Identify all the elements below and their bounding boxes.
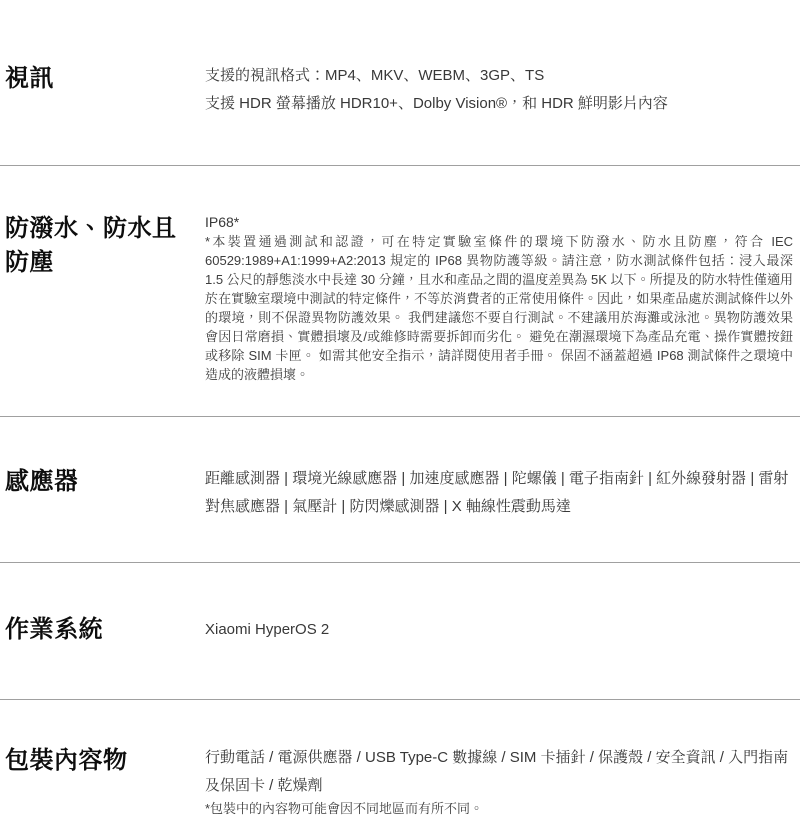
spec-label-os: 作業系統 xyxy=(0,613,205,699)
spec-label-sensors: 感應器 xyxy=(0,465,205,562)
spec-sheet: 視訊 支援的視訊格式：MP4、MKV、WEBM、3GP、TS 支援 HDR 螢幕… xyxy=(0,0,800,819)
package-contents-list: 行動電話 / 電源供應器 / USB Type-C 數據線 / SIM 卡插針 … xyxy=(205,744,793,800)
spec-label-water-resistance: 防潑水、防水且防塵 xyxy=(0,212,205,416)
package-contents-footnote: *包裝中的內容物可能會因不同地區而有所不同。 xyxy=(205,800,793,818)
spec-row-sensors: 感應器 距離感測器 | 環境光線感應器 | 加速度感應器 | 陀螺儀 | 電子指… xyxy=(0,417,800,563)
spec-value-os: Xiaomi HyperOS 2 xyxy=(205,613,793,699)
spec-value-video: 支援的視訊格式：MP4、MKV、WEBM、3GP、TS 支援 HDR 螢幕播放 … xyxy=(205,62,793,165)
spec-label-package-contents: 包裝內容物 xyxy=(0,744,205,819)
spec-value-package-contents: 行動電話 / 電源供應器 / USB Type-C 數據線 / SIM 卡插針 … xyxy=(205,744,793,819)
spec-row-os: 作業系統 Xiaomi HyperOS 2 xyxy=(0,563,800,700)
os-name: Xiaomi HyperOS 2 xyxy=(205,613,793,647)
ip-rating-disclaimer: *本裝置通過測試和認證，可在特定實驗室條件的環境下防潑水、防水且防塵，符合 IE… xyxy=(205,232,793,384)
spec-row-water-resistance: 防潑水、防水且防塵 IP68* *本裝置通過測試和認證，可在特定實驗室條件的環境… xyxy=(0,166,800,417)
spec-value-water-resistance: IP68* *本裝置通過測試和認證，可在特定實驗室條件的環境下防潑水、防水且防塵… xyxy=(205,212,793,416)
ip-rating: IP68* xyxy=(205,212,793,232)
spec-label-video: 視訊 xyxy=(0,62,205,165)
video-hdr-line: 支援 HDR 螢幕播放 HDR10+、Dolby Vision®，和 HDR 鮮… xyxy=(205,90,793,118)
sensors-list: 距離感測器 | 環境光線感應器 | 加速度感應器 | 陀螺儀 | 電子指南針 |… xyxy=(205,465,793,521)
spec-row-package-contents: 包裝內容物 行動電話 / 電源供應器 / USB Type-C 數據線 / SI… xyxy=(0,700,800,819)
video-formats-line: 支援的視訊格式：MP4、MKV、WEBM、3GP、TS xyxy=(205,62,793,90)
spec-row-video: 視訊 支援的視訊格式：MP4、MKV、WEBM、3GP、TS 支援 HDR 螢幕… xyxy=(0,0,800,166)
spec-value-sensors: 距離感測器 | 環境光線感應器 | 加速度感應器 | 陀螺儀 | 電子指南針 |… xyxy=(205,465,793,562)
